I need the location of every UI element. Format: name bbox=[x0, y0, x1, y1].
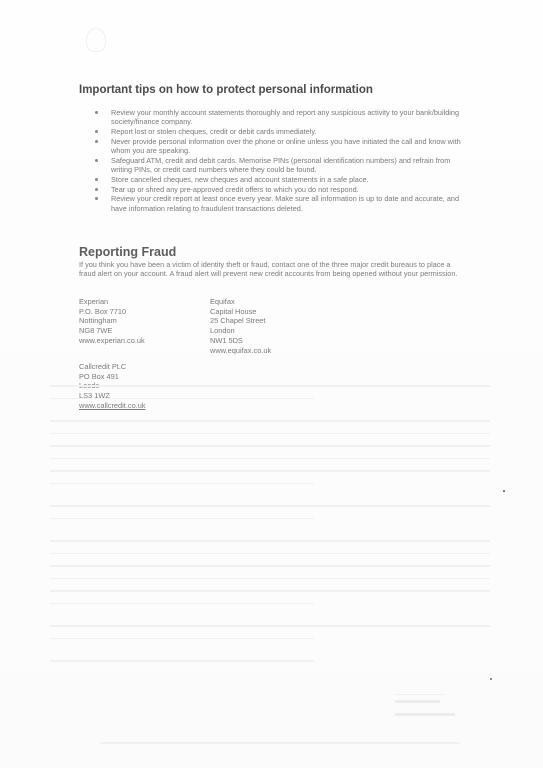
bureau-name: Experian bbox=[79, 297, 145, 307]
list-item: Store cancelled cheques, new cheques and… bbox=[93, 175, 463, 184]
bleed-through-signature bbox=[395, 680, 445, 695]
bleed-through-signatory-name bbox=[395, 700, 440, 703]
list-item: Never provide personal information over … bbox=[93, 137, 463, 155]
address-line: 25 Chapel Street bbox=[210, 316, 271, 326]
tips-list: Review your monthly account statements t… bbox=[93, 108, 463, 213]
bleed-through-logo-mark bbox=[86, 28, 106, 52]
bureau-website: www.equifax.co.uk bbox=[210, 346, 271, 356]
reporting-fraud-heading: Reporting Fraud bbox=[79, 245, 176, 259]
address-line: NG8 7WE bbox=[79, 326, 145, 336]
address-line: PO Box 491 bbox=[79, 372, 146, 382]
bureau-address-experian: Experian P.O. Box 7710 Nottingham NG8 7W… bbox=[79, 297, 145, 346]
list-item: Safeguard ATM, credit and debit cards. M… bbox=[93, 156, 463, 174]
bleed-through-footer bbox=[100, 742, 460, 744]
address-line: Nottingham bbox=[79, 316, 145, 326]
list-item: Report lost or stolen cheques, credit or… bbox=[93, 127, 463, 136]
bleed-through-text bbox=[50, 385, 490, 673]
address-line: P.O. Box 7710 bbox=[79, 307, 145, 317]
reporting-fraud-intro: If you think you have been a victim of i… bbox=[79, 260, 464, 279]
scanned-page: Important tips on how to protect persona… bbox=[0, 0, 543, 768]
bureau-website: www.experian.co.uk bbox=[79, 336, 145, 346]
list-item: Tear up or shred any pre-approved credit… bbox=[93, 185, 463, 194]
list-item: Review your credit report at least once … bbox=[93, 194, 463, 212]
tips-heading: Important tips on how to protect persona… bbox=[79, 84, 373, 96]
address-line: NW1 5DS bbox=[210, 336, 271, 346]
bureau-name: Equifax bbox=[210, 297, 271, 307]
scan-speck bbox=[490, 678, 492, 680]
address-line: London bbox=[210, 326, 271, 336]
list-item: Review your monthly account statements t… bbox=[93, 108, 463, 126]
scan-speck bbox=[503, 490, 505, 492]
bleed-through-signatory-title bbox=[395, 713, 455, 716]
bureau-address-equifax: Equifax Capital House 25 Chapel Street L… bbox=[210, 297, 271, 355]
address-line: Capital House bbox=[210, 307, 271, 317]
bureau-name: Callcredit PLC bbox=[79, 362, 146, 372]
